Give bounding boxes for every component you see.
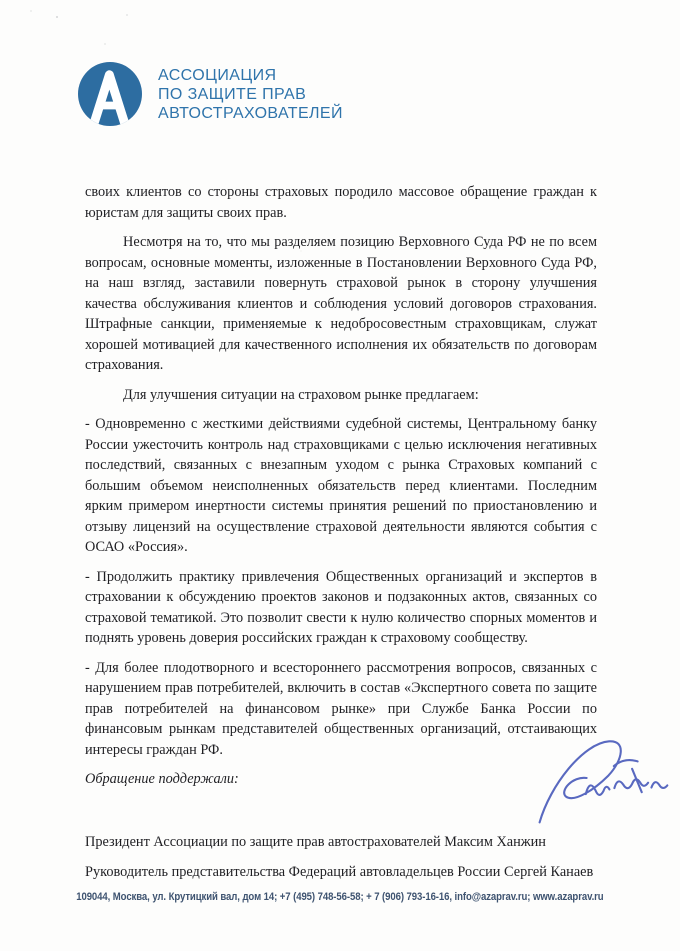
scan-noise-specks <box>0 0 2 2</box>
signatory-president: Президент Ассоциации по защите прав авто… <box>85 832 645 853</box>
org-name-line-3: АВТОСТРАХОВАТЕЛЕЙ <box>158 104 343 123</box>
footer: 109044, Москва, ул. Крутицкий вал, дом 1… <box>0 887 680 905</box>
signatories-block: Президент Ассоциации по защите прав авто… <box>85 832 645 883</box>
paragraph: Для улучшения ситуации на страховом рынк… <box>85 385 597 406</box>
letterhead: АССОЦИАЦИЯ ПО ЗАЩИТЕ ПРАВ АВТОСТРАХОВАТЕ… <box>78 62 343 126</box>
paragraph: - Для более плодотворного и всестороннег… <box>85 658 597 761</box>
paragraph: - Продолжить практику привлечения Общест… <box>85 567 597 649</box>
body-paragraphs: своих клиентов со стороны страховых поро… <box>85 182 597 760</box>
org-name-line-2: ПО ЗАЩИТЕ ПРАВ <box>158 85 343 104</box>
handwritten-signature <box>527 731 675 835</box>
letter-body: своих клиентов со стороны страховых поро… <box>85 182 597 892</box>
paragraph: Несмотря на то, что мы разделяем позицию… <box>85 232 597 376</box>
signatory-far-head: Руководитель представительства Федераций… <box>85 862 645 883</box>
org-name-line-1: АССОЦИАЦИЯ <box>158 66 343 85</box>
organization-name: АССОЦИАЦИЯ ПО ЗАЩИТЕ ПРАВ АВТОСТРАХОВАТЕ… <box>158 66 343 123</box>
paragraph: - Одновременно с жесткими действиями суд… <box>85 414 597 558</box>
paragraph: своих клиентов со стороны страховых поро… <box>85 182 597 223</box>
scanned-letter-page: АССОЦИАЦИЯ ПО ЗАЩИТЕ ПРАВ АВТОСТРАХОВАТЕ… <box>0 0 680 951</box>
footer-contact-info: 109044, Москва, ул. Крутицкий вал, дом 1… <box>76 891 603 903</box>
supporters-heading: Обращение поддержали: <box>85 769 597 790</box>
association-logo-icon <box>78 62 142 126</box>
